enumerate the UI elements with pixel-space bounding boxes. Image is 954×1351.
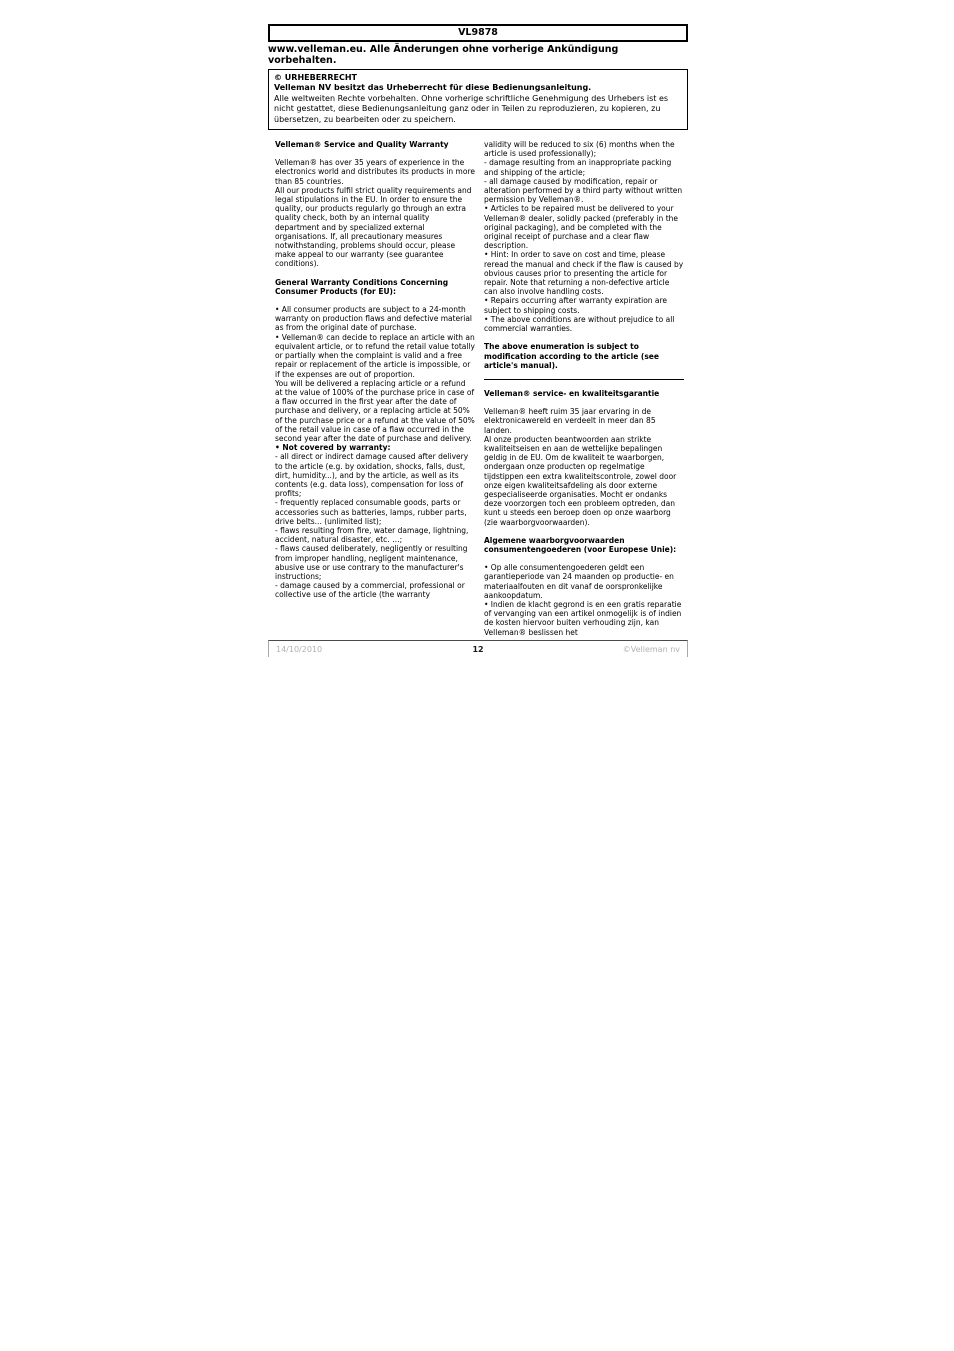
copyright-subtitle: Velleman NV besitzt das Urheberrecht für… (274, 83, 682, 93)
page-footer: 14/10/2010 12 ©Velleman nv (268, 640, 688, 657)
paragraph: • All consumer products are subject to a… (275, 305, 475, 333)
paragraph: • Articles to be repaired must be delive… (484, 204, 684, 250)
paragraph: - frequently replaced consumable goods, … (275, 498, 475, 526)
paragraph: - damage resulting from an inappropriate… (484, 158, 684, 176)
paragraph: Velleman® heeft ruim 35 jaar ervaring in… (484, 407, 684, 435)
section-heading: The above enumeration is subject to modi… (484, 342, 684, 370)
footer-copyright: ©Velleman nv (484, 645, 687, 654)
copyright-title: © URHEBERRECHT (274, 73, 682, 83)
right-column: validity will be reduced to six (6) mont… (484, 140, 684, 637)
copyright-body: Alle weltweiten Rechte vorbehalten. Ohne… (274, 94, 682, 125)
paragraph: • Hint: In order to save on cost and tim… (484, 250, 684, 296)
paragraph: - flaws resulting from fire, water damag… (275, 526, 475, 544)
left-column: Velleman® Service and Quality WarrantyVe… (275, 140, 475, 637)
paragraph: Al onze producten beantwoorden aan strik… (484, 435, 684, 527)
document-content: VL9878 www.velleman.eu. Alle Änderungen … (268, 24, 688, 637)
manual-page: VL9878 www.velleman.eu. Alle Änderungen … (0, 0, 954, 1351)
section-divider (484, 379, 684, 380)
paragraph: All our products fulfil strict quality r… (275, 186, 475, 269)
section-heading: Velleman® service- en kwaliteitsgarantie (484, 389, 684, 398)
paragraph: You will be delivered a replacing articl… (275, 379, 475, 443)
paragraph: • The above conditions are without preju… (484, 315, 684, 333)
footer-date: 14/10/2010 (269, 645, 472, 654)
section-heading: Velleman® Service and Quality Warranty (275, 140, 475, 149)
footer-page-number: 12 (472, 645, 483, 654)
copyright-notice-box: © URHEBERRECHT Velleman NV besitzt das U… (268, 69, 688, 130)
bold-subheading: • Not covered by warranty: (275, 443, 475, 452)
paragraph: validity will be reduced to six (6) mont… (484, 140, 684, 158)
website-tagline: www.velleman.eu. Alle Änderungen ohne vo… (268, 44, 680, 66)
section-heading: General Warranty Conditions Concerning C… (275, 278, 475, 296)
paragraph: • Indien de klacht gegrond is en een gra… (484, 600, 684, 637)
paragraph: - damage caused by a commercial, profess… (275, 581, 475, 599)
paragraph: - all damage caused by modification, rep… (484, 177, 684, 205)
paragraph: - all direct or indirect damage caused a… (275, 452, 475, 498)
two-column-body: Velleman® Service and Quality WarrantyVe… (275, 140, 688, 637)
paragraph: - flaws caused deliberately, negligently… (275, 544, 475, 581)
product-code: VL9878 (458, 27, 498, 38)
paragraph: • Repairs occurring after warranty expir… (484, 296, 684, 314)
section-heading: Algemene waarborgvoorwaarden consumenten… (484, 536, 684, 554)
paragraph: Velleman® has over 35 years of experienc… (275, 158, 475, 186)
paragraph: • Op alle consumentengoederen geldt een … (484, 563, 684, 600)
paragraph: • Velleman® can decide to replace an art… (275, 333, 475, 379)
product-code-box: VL9878 (268, 24, 688, 42)
